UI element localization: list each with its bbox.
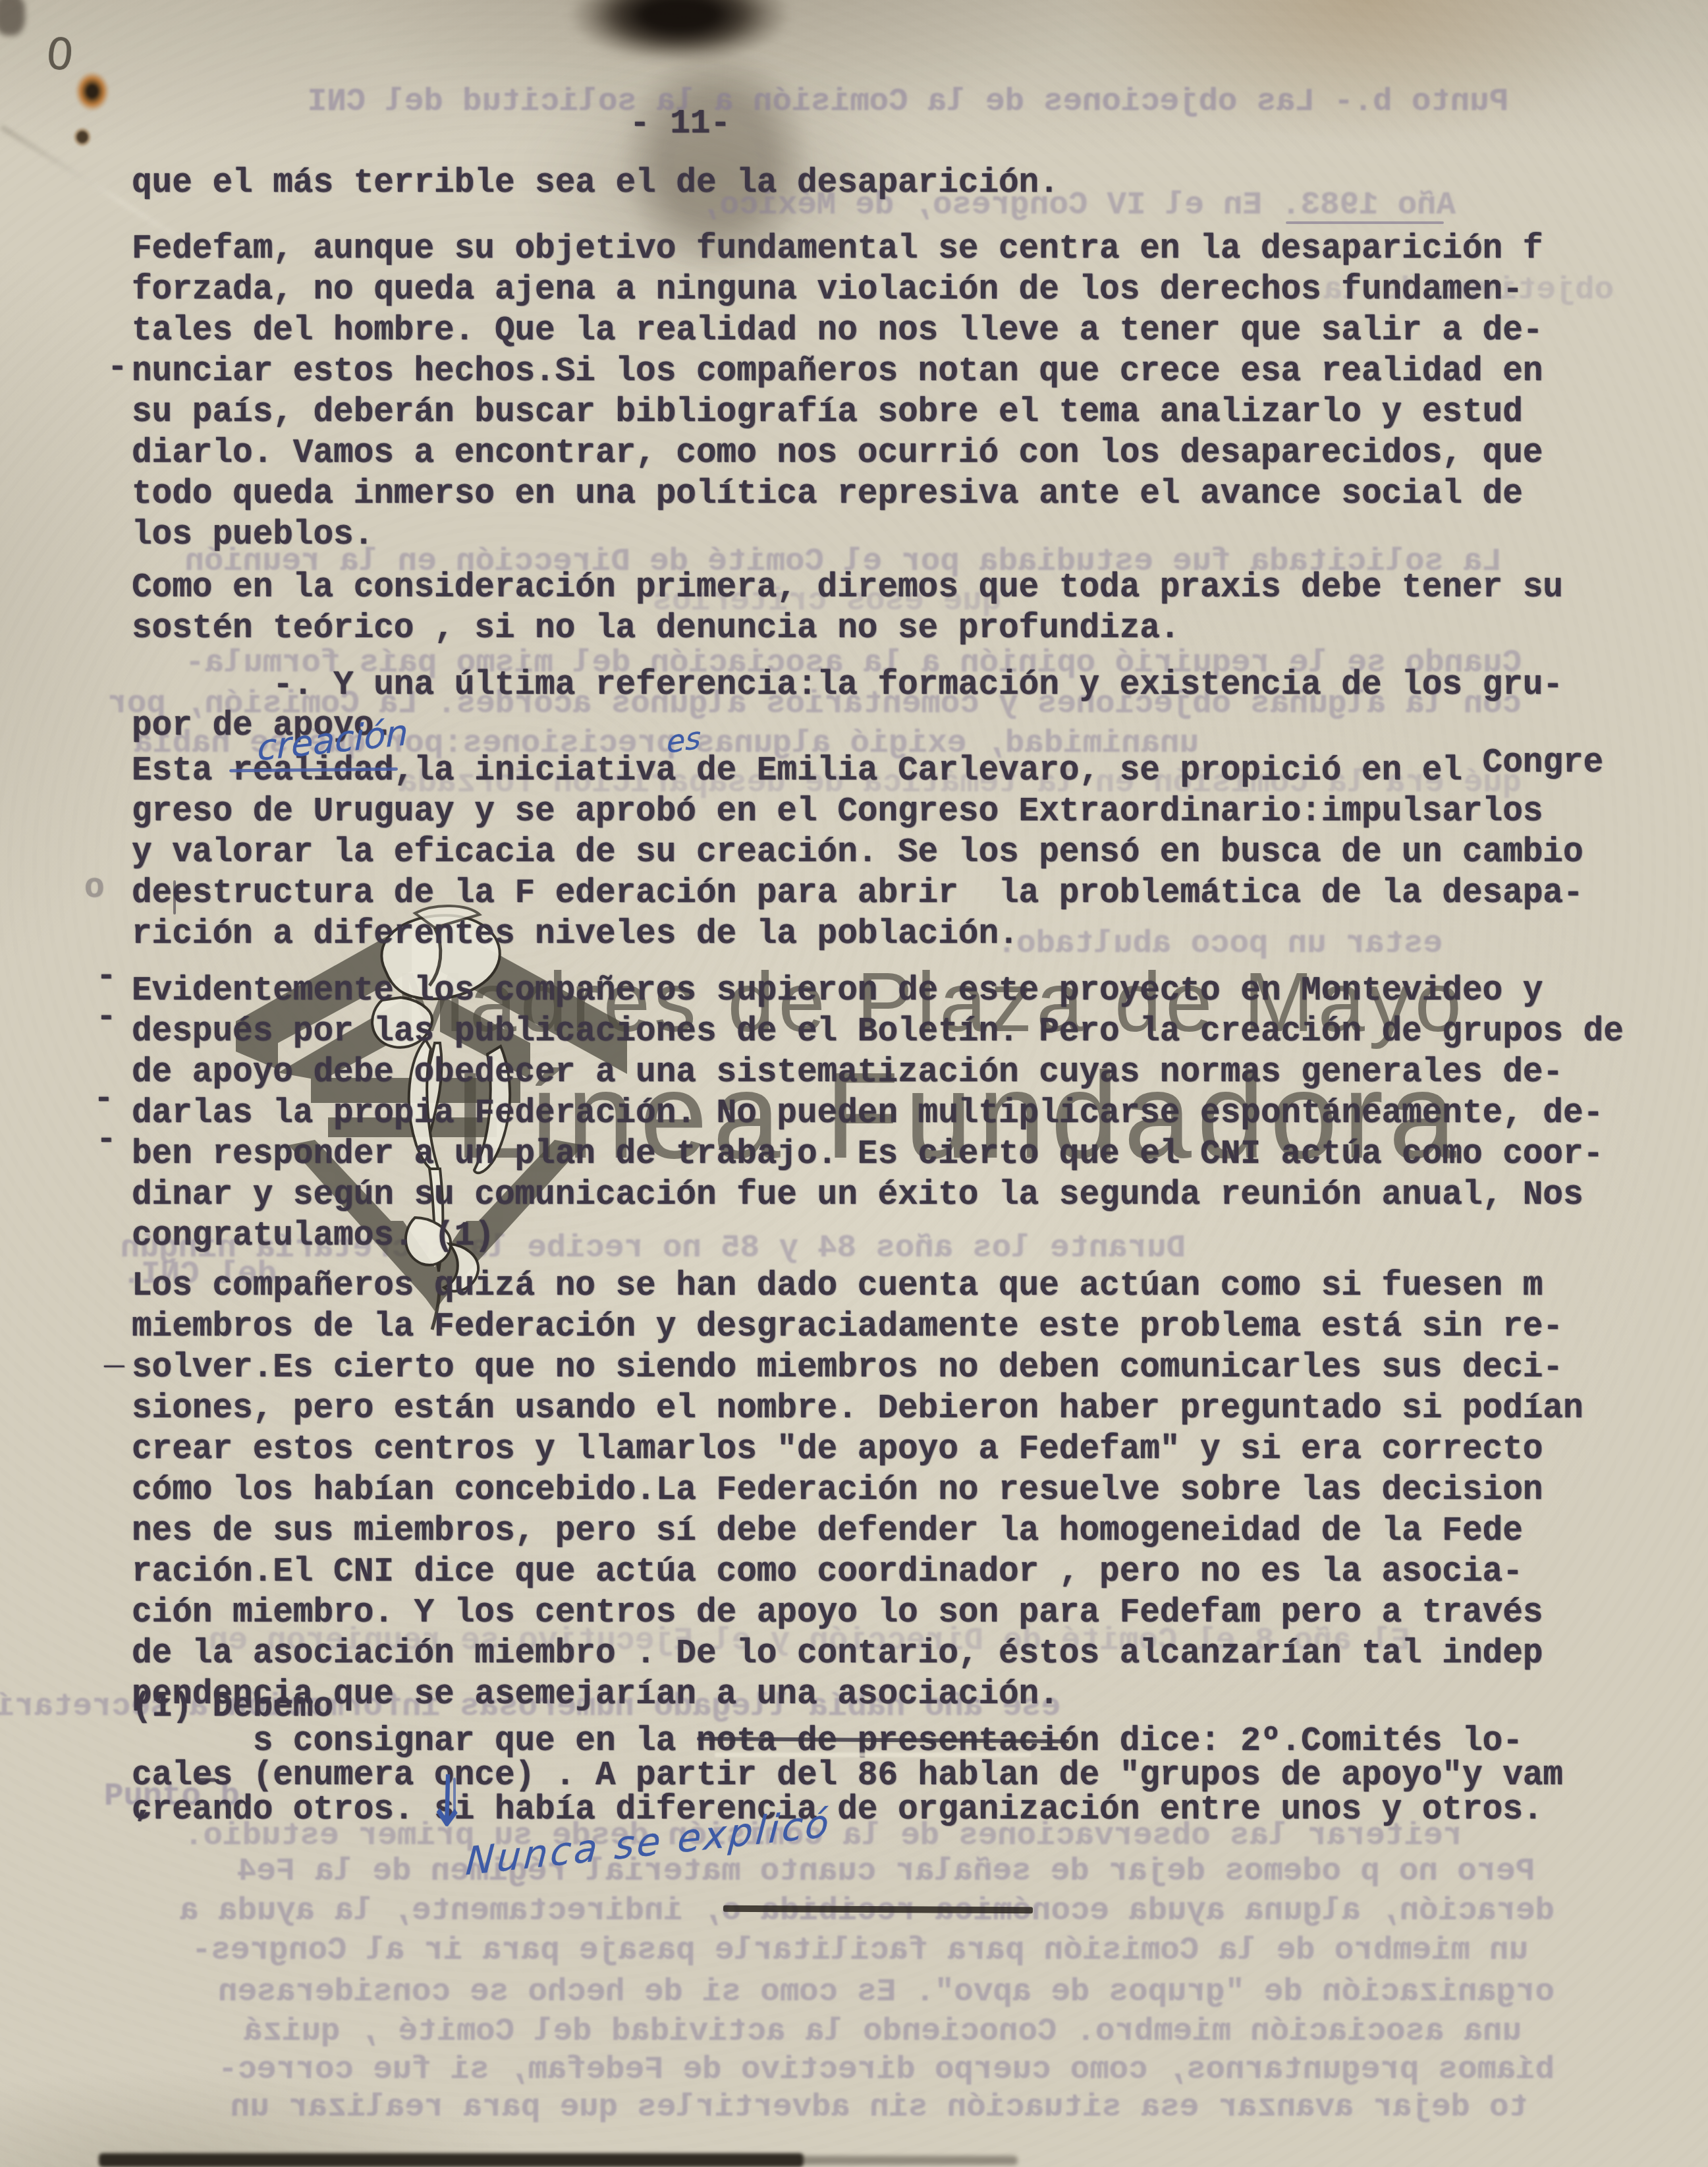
handwritten-insertion-es: es (667, 719, 701, 760)
margin-mark: — (195, 1760, 215, 1801)
margin-mark: o (84, 868, 105, 909)
margin-mark: , (134, 1787, 154, 1828)
bleedthrough-line: Pero no p odemos dejar de señalar cuanto… (211, 1853, 1535, 1890)
handwritten-zero: 0 (43, 28, 76, 81)
margin-mark: - (96, 957, 117, 998)
typed-tick-mark (173, 880, 176, 915)
page-number: - 11- (630, 104, 730, 145)
margin-mark: - (96, 998, 117, 1038)
down-arrow-icon: ↓ (426, 1760, 469, 1844)
scan-edge-shadow-2 (800, 2156, 1018, 2165)
typed-footnote: (1) Debemo s consignar que en la nota de… (132, 1691, 1563, 1828)
margin-mark: - (94, 1079, 114, 1120)
line-tail: de Emilia Carlevaro, se propició en el (676, 752, 1482, 790)
document-page: { "page": { "number_label": "- 11-" }, "… (0, 0, 1708, 2167)
bleedthrough-line: organización de "grupos de apvo". Es com… (211, 1973, 1555, 2010)
line-pre: Esta (132, 752, 233, 790)
corner-damage (0, 0, 25, 36)
typed-paragraph: Como en la consideración primera, diremo… (132, 568, 1563, 650)
bleedthrough-line: un miembro de la Comisión para facilitar… (211, 1932, 1528, 1969)
typed-paragraph: Fedefam, aunque su objetivo fundamental … (132, 229, 1543, 556)
margin-mark: _ (104, 1335, 124, 1376)
burn-hole (74, 70, 111, 127)
line-mid: ,la iniciativa (394, 752, 676, 790)
typed-paragraph: Los compañeros quizá no se han dado cuen… (132, 1266, 1584, 1716)
bleedthrough-line: bíamos preguntarnos, como cuerpo directi… (211, 2051, 1555, 2088)
bleedthrough-line: una asociación miembro. Conociendo la ac… (211, 2013, 1522, 2050)
typed-paragraph: greso de Uruguay y se aprobó en el Congr… (132, 792, 1584, 955)
bleedthrough-line: Punto b.- Las objeciones de la Comisión … (889, 83, 1508, 120)
typed-paragraph: Evidentemente los compañeros supieron de… (132, 971, 1624, 1257)
correction-fluid-streak (715, 1753, 1031, 1757)
scan-edge-shadow (99, 2153, 804, 2167)
typed-paragraph: que el más terrible sea el de la desapar… (132, 163, 1059, 204)
margin-mark: - (107, 348, 128, 389)
margin-mark: - (96, 1120, 117, 1161)
ghost-underline-mark (1286, 221, 1444, 224)
burn-dot (72, 127, 92, 148)
raised-word: Congre (1483, 745, 1604, 782)
bleedthrough-line: to dejar avanzar esa situación sin adver… (211, 2089, 1528, 2125)
